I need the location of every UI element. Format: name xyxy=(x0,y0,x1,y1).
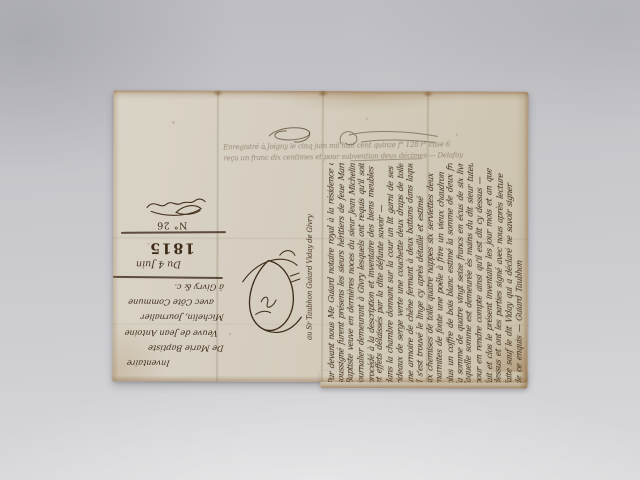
margin-note-wrap: au Sr Taubhon Guiard Viday de Givry xyxy=(306,225,320,341)
foxing-spot xyxy=(171,120,175,124)
margin-note: au Sr Taubhon Guiard Viday de Givry xyxy=(306,225,319,340)
docket-line: Veuve de Jean Antoine xyxy=(114,325,219,341)
docket-year: 1815 xyxy=(149,239,195,256)
photo-background: N° 26 1815 Du 4 Juin InventaireDe Marie … xyxy=(0,0,640,480)
docket-line: De Marie Baptiste xyxy=(114,340,225,356)
docket-date: Du 4 Juin xyxy=(127,256,181,269)
docket-line: Michelin, Journalier xyxy=(114,309,225,325)
docket-line: avec Côte Commune xyxy=(114,294,215,310)
docket-rule-top xyxy=(121,231,226,233)
foxing-spot xyxy=(455,133,458,136)
manuscript-line: plus un coffre de bois blanc estimé la s… xyxy=(445,163,456,383)
docket-line: à Givry & c. xyxy=(114,279,225,295)
manuscript-line: de ce enquis — Guiard Taubhon xyxy=(514,163,525,383)
docket-line: Inventaire xyxy=(114,355,171,370)
docket-endorsement: InventaireDe Marie BaptisteVeuve de Jean… xyxy=(115,280,224,370)
docket-number: N° 26 xyxy=(147,217,197,230)
manuscript-line: Par devant nous Me Guiard notaire royal … xyxy=(326,163,337,383)
manuscript-lines: Par devant nous Me Guiard notaire royal … xyxy=(326,163,525,383)
registry-signature-flourish xyxy=(143,192,209,218)
registration-note: Enregistré à Joigny le cinq juin mil hui… xyxy=(223,140,437,165)
foxing-spot xyxy=(365,117,368,120)
notary-signature-flourish xyxy=(227,245,310,351)
foxing-spot xyxy=(229,333,232,336)
manuscript-line: faite sauf le dit Viday qui a déclaré ne… xyxy=(505,163,516,383)
letter-document: N° 26 1815 Du 4 Juin InventaireDe Marie … xyxy=(112,90,528,382)
manuscript-line: il s'est trouvé le linge cy après détail… xyxy=(416,163,427,383)
manuscript-body: Par devant nous Me Guiard notaire royal … xyxy=(326,163,525,383)
manuscript-line: journalier demeurant à Givry lesquels on… xyxy=(356,163,367,383)
